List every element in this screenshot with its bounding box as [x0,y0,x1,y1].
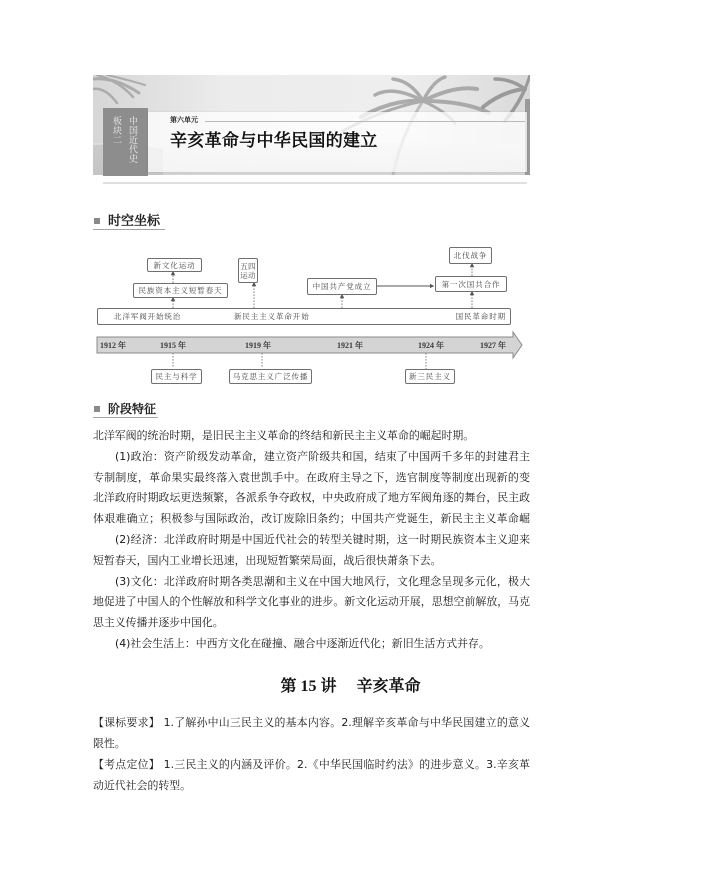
stage-features-text: 北洋军阀的统治时期，是旧民主主义革命的终结和新民主主义革命的崛起时期。 (1)政… [93,426,530,655]
year-label: 1924 年 [418,340,444,351]
section-underline [93,229,165,230]
unit-banner: 板块二 中国近代史 第六单元 辛亥革命与中华民国的建立 [93,75,530,185]
lesson-objectives: 【课标要求】 1.了解孙中山三民主义的基本内容。2.理解辛亥革命与中华民国建立的… [93,712,530,796]
text-line: (3)文化：北洋政府时期各类思潮和主义在中国大地风行，文化理念呈现多元化，极大 [93,572,530,593]
text-line: 专制制度，革命果实最终落入袁世凯手中。在政府主导之下，选官制度等制度出现新的变化… [93,468,530,489]
event-label: 马克思主义广泛传播 [233,372,309,381]
text-line: 【考点定位】 1.三民主义的内涵及评价。2.《中华民国临时约法》的进步意义。3.… [93,754,530,775]
year-label: 1927 年 [480,340,506,351]
text-line: 短暂春天，国内工业增长迅速，出现短暂繁荣局面，战后很快萧条下去。 [93,551,530,572]
paragraph-politics: (1)政治：资产阶级发动革命，建立资产阶级共和国，结束了中国两千多年的封建君主 … [93,447,530,530]
event-box-national-capitalism: 民族资本主义短暂春天 [133,283,228,298]
paragraph-economy: (2)经济：北洋政府时期是中国近代社会的转型关键时期，这一时期民族资本主义迎来 … [93,530,530,572]
section-title: 阶段特征 [108,402,156,416]
lesson-number: 第 15 讲 [280,678,336,695]
section-block-badge: 板块二 中国近代史 [103,108,148,176]
event-box-new-culture-movement: 新文化运动 [147,258,202,272]
year-label: 1919 年 [245,340,271,351]
event-label: 第一次国共合作 [442,280,501,289]
unit-title: 辛亥革命与中华民国的建立 [170,130,378,152]
event-label: 新三民主义 [409,372,451,381]
year-label: 1915 年 [160,340,186,351]
unit-divider [205,121,525,122]
period-beiyang: 北洋军阀开始统治 [114,312,181,321]
event-box-northern-expedition: 北伐战争 [449,247,492,264]
square-bullet-icon [94,406,100,412]
unit-label: 第六单元 [170,116,198,125]
text-line: 体艰难确立；积极参与国际政治，改订废除旧条约；中国共产党诞生，新民主主义革命崛起… [93,509,530,530]
text-line: (1)政治：资产阶级发动革命，建立资产阶级共和国，结束了中国两千多年的封建君主 [93,447,530,468]
event-label-line: 五四 [240,262,256,271]
period-band: 北洋军阀开始统治 新民主主义革命开始 国民革命时期 [97,308,511,325]
period-new-democratic: 新民主主义革命开始 [234,312,310,321]
event-box-new-three-principles: 新三民主义 [405,369,455,384]
section-underline [93,417,158,418]
event-label: 中国共产党成立 [313,282,372,291]
lesson-name: 辛亥革命 [357,678,421,695]
square-bullet-icon [94,218,100,224]
event-box-marxism-spread: 马克思主义广泛传播 [229,369,312,384]
curriculum-requirements: 【课标要求】 1.了解孙中山三民主义的基本内容。2.理解辛亥革命与中华民国建立的… [93,712,530,754]
event-label-line: 运动 [240,271,256,280]
paragraph-social-life: (4)社会生活上：中西方文化在碰撞、融合中逐渐近代化；新旧生活方式并存。 [93,634,530,655]
text-line: 北洋政府时期政坛更迭频繁，各派系争夺政权，中央政府成了地方军阀角逐的舞台，民主政 [93,488,530,509]
block-subject: 中国近代史 [126,116,137,164]
event-box-ccp-founded: 中国共产党成立 [307,278,377,295]
text-line: (4)社会生活上：中西方文化在碰撞、融合中逐渐近代化；新旧生活方式并存。 [93,634,530,655]
event-label: 民族资本主义短暂春天 [139,286,223,295]
section-header-features: 阶段特征 [93,402,163,420]
section-title: 时空坐标 [108,214,160,229]
section-header-timeline: 时空坐标 [93,214,173,232]
event-label: 新文化运动 [154,261,196,270]
lesson-title: 第 15 讲辛亥革命 [0,677,701,697]
block-label: 板块二 [110,116,121,145]
text-line: 【课标要求】 1.了解孙中山三民主义的基本内容。2.理解辛亥革命与中华民国建立的… [93,712,530,733]
text-line: 思主义传播并逐步中国化。 [93,613,530,634]
event-box-first-united-front: 第一次国共合作 [435,276,507,292]
period-national-revolution: 国民革命时期 [456,312,506,321]
year-label: 1921 年 [337,340,363,351]
text-line: 动近代社会的转型。 [93,775,530,796]
year-label: 1912 年 [100,340,126,351]
event-box-democracy-science: 民主与科学 [151,369,202,384]
event-box-may-fourth-movement: 五四 运动 [238,258,258,283]
event-label: 北伐战争 [454,251,488,260]
text-line: 地促进了中国人的个性解放和科学文化事业的进步。新文化运动开展，思想空前解放，马克 [93,592,530,613]
text-line: 北洋军阀的统治时期，是旧民主主义革命的终结和新民主主义革命的崛起时期。 [93,426,530,447]
paragraph-culture: (3)文化：北洋政府时期各类思潮和主义在中国大地风行，文化理念呈现多元化，极大 … [93,572,530,634]
paragraph-intro: 北洋军阀的统治时期，是旧民主主义革命的终结和新民主主义革命的崛起时期。 [93,426,530,447]
event-label: 民主与科学 [156,372,198,381]
unit-title-panel: 第六单元 辛亥革命与中华民国的建立 [148,112,527,172]
text-line: (2)经济：北洋政府时期是中国近代社会的转型关键时期，这一时期民族资本主义迎来 [93,530,530,551]
exam-focus: 【考点定位】 1.三民主义的内涵及评价。2.《中华民国临时约法》的进步意义。3.… [93,754,530,796]
text-line: 限性。 [93,733,530,754]
